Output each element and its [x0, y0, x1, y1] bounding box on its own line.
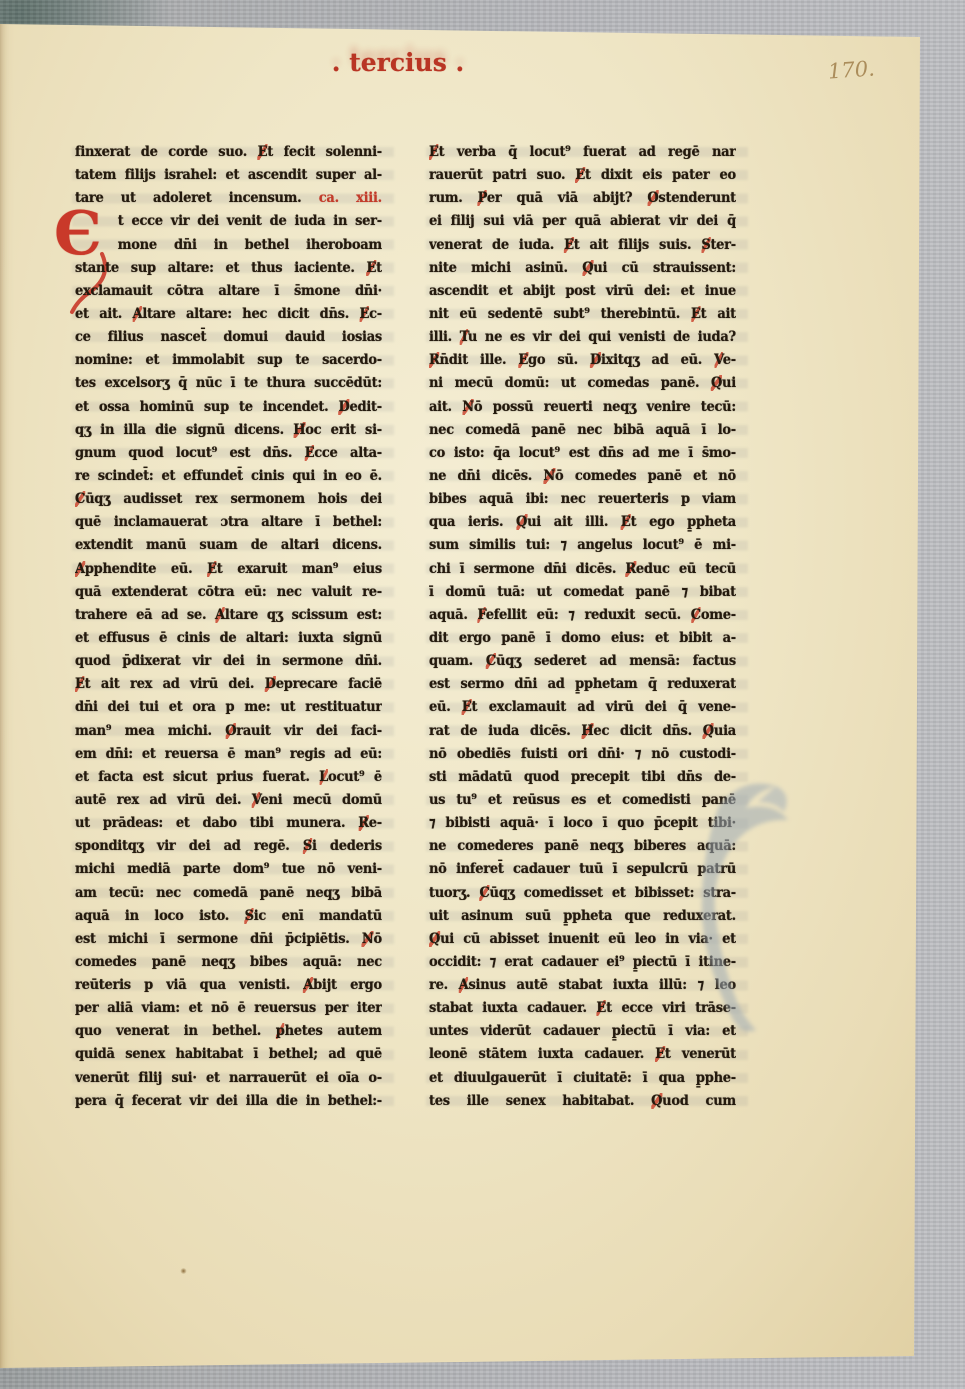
rubricated-capital: C [75, 491, 85, 507]
text-line: venerūt filij sui· et narrauerūt ei oi… [75, 1067, 382, 1090]
text-line: sponditqʒ vir dei ad regē. Si dederis [75, 835, 382, 858]
text-line: quod p̄dixerat vir dei in sermone dn̄i. [75, 650, 382, 673]
text-line: aquā. Fefellit eū: ⁊ reduxit secū. Co… [429, 604, 736, 627]
text-line: qua ieris. Qui ait illi. Et ego p̱pheta [429, 511, 736, 534]
rubricated-capital: E [429, 144, 439, 160]
text-line: et diuulgauerūt ī ciuitatē: ī qua p̱… [429, 1067, 736, 1090]
rubricated-capital: R [625, 561, 636, 577]
folio-number: 170. [827, 56, 875, 83]
text-line: ei filij sui viā per quā abierat vir d… [429, 210, 736, 233]
manuscript-leaf: . tercius . 170. Є finxerat de corde suo… [0, 0, 965, 1389]
text-line: tes ille senex habitabat. Quod cum [429, 1090, 736, 1113]
text-line: qʒ in illa die signū dicens. Hoc erit s… [75, 419, 382, 442]
rubricated-capital: E [596, 1000, 606, 1016]
rubricated-capital: O [647, 190, 658, 206]
rubricated-capital: D [339, 399, 350, 415]
rubricated-capital: E [518, 352, 528, 368]
text-line: tes excelsorʒ q̄ nūc ī te thura succē… [75, 372, 382, 395]
rubricated-capital: A [459, 977, 469, 993]
rubricated-capital: p [276, 1023, 285, 1039]
text-line: Apphendite eū. Et exaruit man⁹ eius [75, 558, 382, 581]
rubricated-capital: H [581, 723, 593, 739]
text-line: pera q̄ fecerat vir dei illa die in beth… [75, 1090, 382, 1113]
text-line: comedes panē neqʒ bibes aquā: nec [75, 951, 382, 974]
rubricated-capital: A [303, 977, 313, 993]
rubricated-capital: N [543, 468, 555, 484]
rubricated-capital: O [225, 723, 236, 739]
rubricated-capital: A [133, 306, 143, 322]
rubricated-capital: Q [711, 375, 722, 391]
rubricated-capital: E [575, 167, 585, 183]
rubricated-capital: Q [651, 1093, 662, 1109]
rubricated-capital: Q [703, 723, 714, 739]
rubricated-capital: E [258, 144, 268, 160]
text-line: rauerūt patri suo. Et dixit eis pater e… [429, 164, 736, 187]
text-line: venerat de iuda. Et ait filijs suis. Ste… [429, 234, 736, 257]
rubricated-capital: E [359, 306, 369, 322]
show-through-blot [688, 768, 828, 1048]
text-line: et ait. Altare altare: hec dicit dn̄s. E… [75, 303, 382, 326]
text-line: et facta est sicut prius fuerat. Locut⁹ … [75, 766, 382, 789]
text-line: sum similis tui: ⁊ angelus locut⁹ ē mi- [429, 534, 736, 557]
rubricated-capital: R [358, 815, 369, 831]
rubricated-capital: E [462, 699, 472, 715]
text-line: quam. Cūqʒ sederet ad mensā: factus [429, 650, 736, 673]
text-line: co isto: q̄a locut⁹ est dn̄s ad me ī s̄… [429, 442, 736, 465]
manuscript-photo: . tercius . 170. Є finxerat de corde suo… [0, 0, 965, 1389]
stain [180, 1268, 187, 1274]
text-line: autē rex ad virū dei. Veni mecū domū [75, 789, 382, 812]
text-line: ne dn̄i dicēs. Nō comedes panē et nō [429, 465, 736, 488]
rubricated-capital: S [245, 908, 254, 924]
text-line: reūteris p viā qua venisti. Abijt ergo [75, 974, 382, 997]
text-line: rum. Per quā viā abijt? Ostenderunt [429, 187, 736, 210]
text-line: am tecū: nec comedā panē neqʒ bibā [75, 882, 382, 905]
rubricated-capital: E [621, 514, 631, 530]
text-line: t ecce vir dei venit de iuda in ser- [75, 210, 382, 233]
text-line: bibes aquā ibi: nec reuerteris p viam [429, 488, 736, 511]
text-line: rat de iuda dicēs. Hec dicit dn̄s. Quia [429, 720, 736, 743]
text-line: nit eū sedentē subt⁹ therebintū. Et a… [429, 303, 736, 326]
text-line: ascendit et abijt post virū dei: et inu… [429, 280, 736, 303]
text-line: mone dn̄i in bethel iheroboam [75, 234, 382, 257]
text-line: illi. Tu ne es vir dei qui venisti de iu… [429, 326, 736, 349]
rubricated-capital: S [303, 838, 312, 854]
text-line: man⁹ mea michi. Orauit vir dei faci- [75, 720, 382, 743]
text-line: Et verba q̄ locut⁹ fuerat ad regē nar [429, 141, 736, 164]
text-line: nō obediēs fuisti ori dn̄i· ⁊ nō cust… [429, 743, 736, 766]
rubricated-capital: D [265, 676, 276, 692]
text-line: chi ī sermone dn̄i dicēs. Reduc eū te… [429, 558, 736, 581]
text-line: quidā senex habitabat ī bethel; ad que… [75, 1043, 382, 1066]
text-line: Cūqʒ audisset rex sermonem hois dei [75, 488, 382, 511]
text-line: ī domū tuā: ut comedat panē ⁊ bibat [429, 581, 736, 604]
rubricated-capital: V [252, 792, 261, 808]
text-line: et effusus ē cinis de altari: iuxta sig… [75, 627, 382, 650]
rubricated-capital: E [564, 237, 574, 253]
rubricated-capital: D [590, 352, 601, 368]
text-line: re scindet̄: et effundet̄ cinis qui in e… [75, 465, 382, 488]
text-line: est sermo dn̄i ad p̱phetam q̄ reduxerat [429, 673, 736, 696]
text-line: stante sup altare: et thus iaciente. Et [75, 257, 382, 280]
rubricated-capital: T [460, 329, 468, 345]
rubricated-capital: C [691, 607, 701, 623]
rubricated-capital: Q [516, 514, 527, 530]
rubricated-capital: Q [429, 931, 440, 947]
text-line: quē inclamauerat ɔtra altare ī bethel: [75, 511, 382, 534]
rubricated-capital: S [701, 237, 710, 253]
text-line: exclamauit cōtra altare ī s̄mone dn̄i· [75, 280, 382, 303]
text-line: tatem filijs israhel: et ascendit super … [75, 164, 382, 187]
rubricated-capital: A [75, 561, 85, 577]
rubricated-capital: E [691, 306, 701, 322]
text-line: nec comedā panē nec bibā aquā ī lo- [429, 419, 736, 442]
text-line: aquā in loco isto. Sic enī mandatū [75, 905, 382, 928]
rubricated-capital: F [477, 607, 485, 623]
text-line: quā extenderat cōtra eū: nec valuit r… [75, 581, 382, 604]
rubricated-capital: C [486, 653, 496, 669]
text-line: ce filius nascet̄ domui dauid iosias [75, 326, 382, 349]
text-line: eū. Et exclamauit ad virū dei q̄ vene- [429, 696, 736, 719]
rubricated-capital: E [367, 260, 377, 276]
text-line: dn̄i dei tui et ora p me: ut restituatur [75, 696, 382, 719]
rubricated-capital: E [207, 561, 217, 577]
text-line: nite michi asinū. Qui cū strauissent: [429, 257, 736, 280]
text-column-left: finxerat de corde suo. Et fecit solenni-… [75, 141, 382, 1113]
rubricated-capital: N [462, 399, 474, 415]
running-title: . tercius . [328, 48, 468, 77]
text-line: ait. Nō possū reuerti neqʒ venire tecu… [429, 396, 736, 419]
chapter-rubric: ca. xiii. [319, 190, 382, 206]
text-line: Rn̄dit ille. Ego sū. Dixitqʒ ad eū. Ve… [429, 349, 736, 372]
text-line: em dn̄i: et reuersa ē man⁹ regis ad eū… [75, 743, 382, 766]
text-line: ni mecū domū: ut comedas panē. Qui [429, 372, 736, 395]
text-line: trahere eā ad se. Altare qʒ scissum est… [75, 604, 382, 627]
rubricated-capital: E [75, 676, 85, 692]
text-line: et ossa hominū sup te incendet. Dedit- [75, 396, 382, 419]
text-line: extendit manū suam de altari dicens. [75, 534, 382, 557]
text-line: nomine: et immolabit sup te sacerdo- [75, 349, 382, 372]
text-line: quo venerat in bethel. phetes autem [75, 1020, 382, 1043]
text-line: michi mediā parte dom⁹ tue nō veni- [75, 858, 382, 881]
text-line: gnum quod locut⁹ est dn̄s. Ecce alta- [75, 442, 382, 465]
rubricated-capital: L [319, 769, 328, 785]
rubricated-capital: V [714, 352, 723, 368]
rubricated-capital: E [655, 1046, 665, 1062]
rubricated-capital: P [478, 190, 487, 206]
stain [338, 1136, 344, 1142]
text-line: dit ergo panē ī domo eius: et bibit a- [429, 627, 736, 650]
rubricated-capital: E [305, 445, 315, 461]
text-line: Et ait rex ad virū dei. Deprecare facie… [75, 673, 382, 696]
text-line: per aliā viam: et nō ē reuersus per i… [75, 997, 382, 1020]
text-line: finxerat de corde suo. Et fecit solenni- [75, 141, 382, 164]
text-line: est michi ī sermone dn̄i p̄cipiētis. N… [75, 928, 382, 951]
text-line: ut prādeas: et dabo tibi munera. Re- [75, 812, 382, 835]
rubricated-capital: C [479, 885, 489, 901]
rubricated-capital: R [429, 352, 440, 368]
rubricated-capital: H [293, 422, 305, 438]
rubricated-capital: N [362, 931, 374, 947]
rubricated-capital: A [215, 607, 225, 623]
text-line: tare ut adoleret incensum. ca. xiii. [75, 187, 382, 210]
rubricated-capital: Q [582, 260, 593, 276]
